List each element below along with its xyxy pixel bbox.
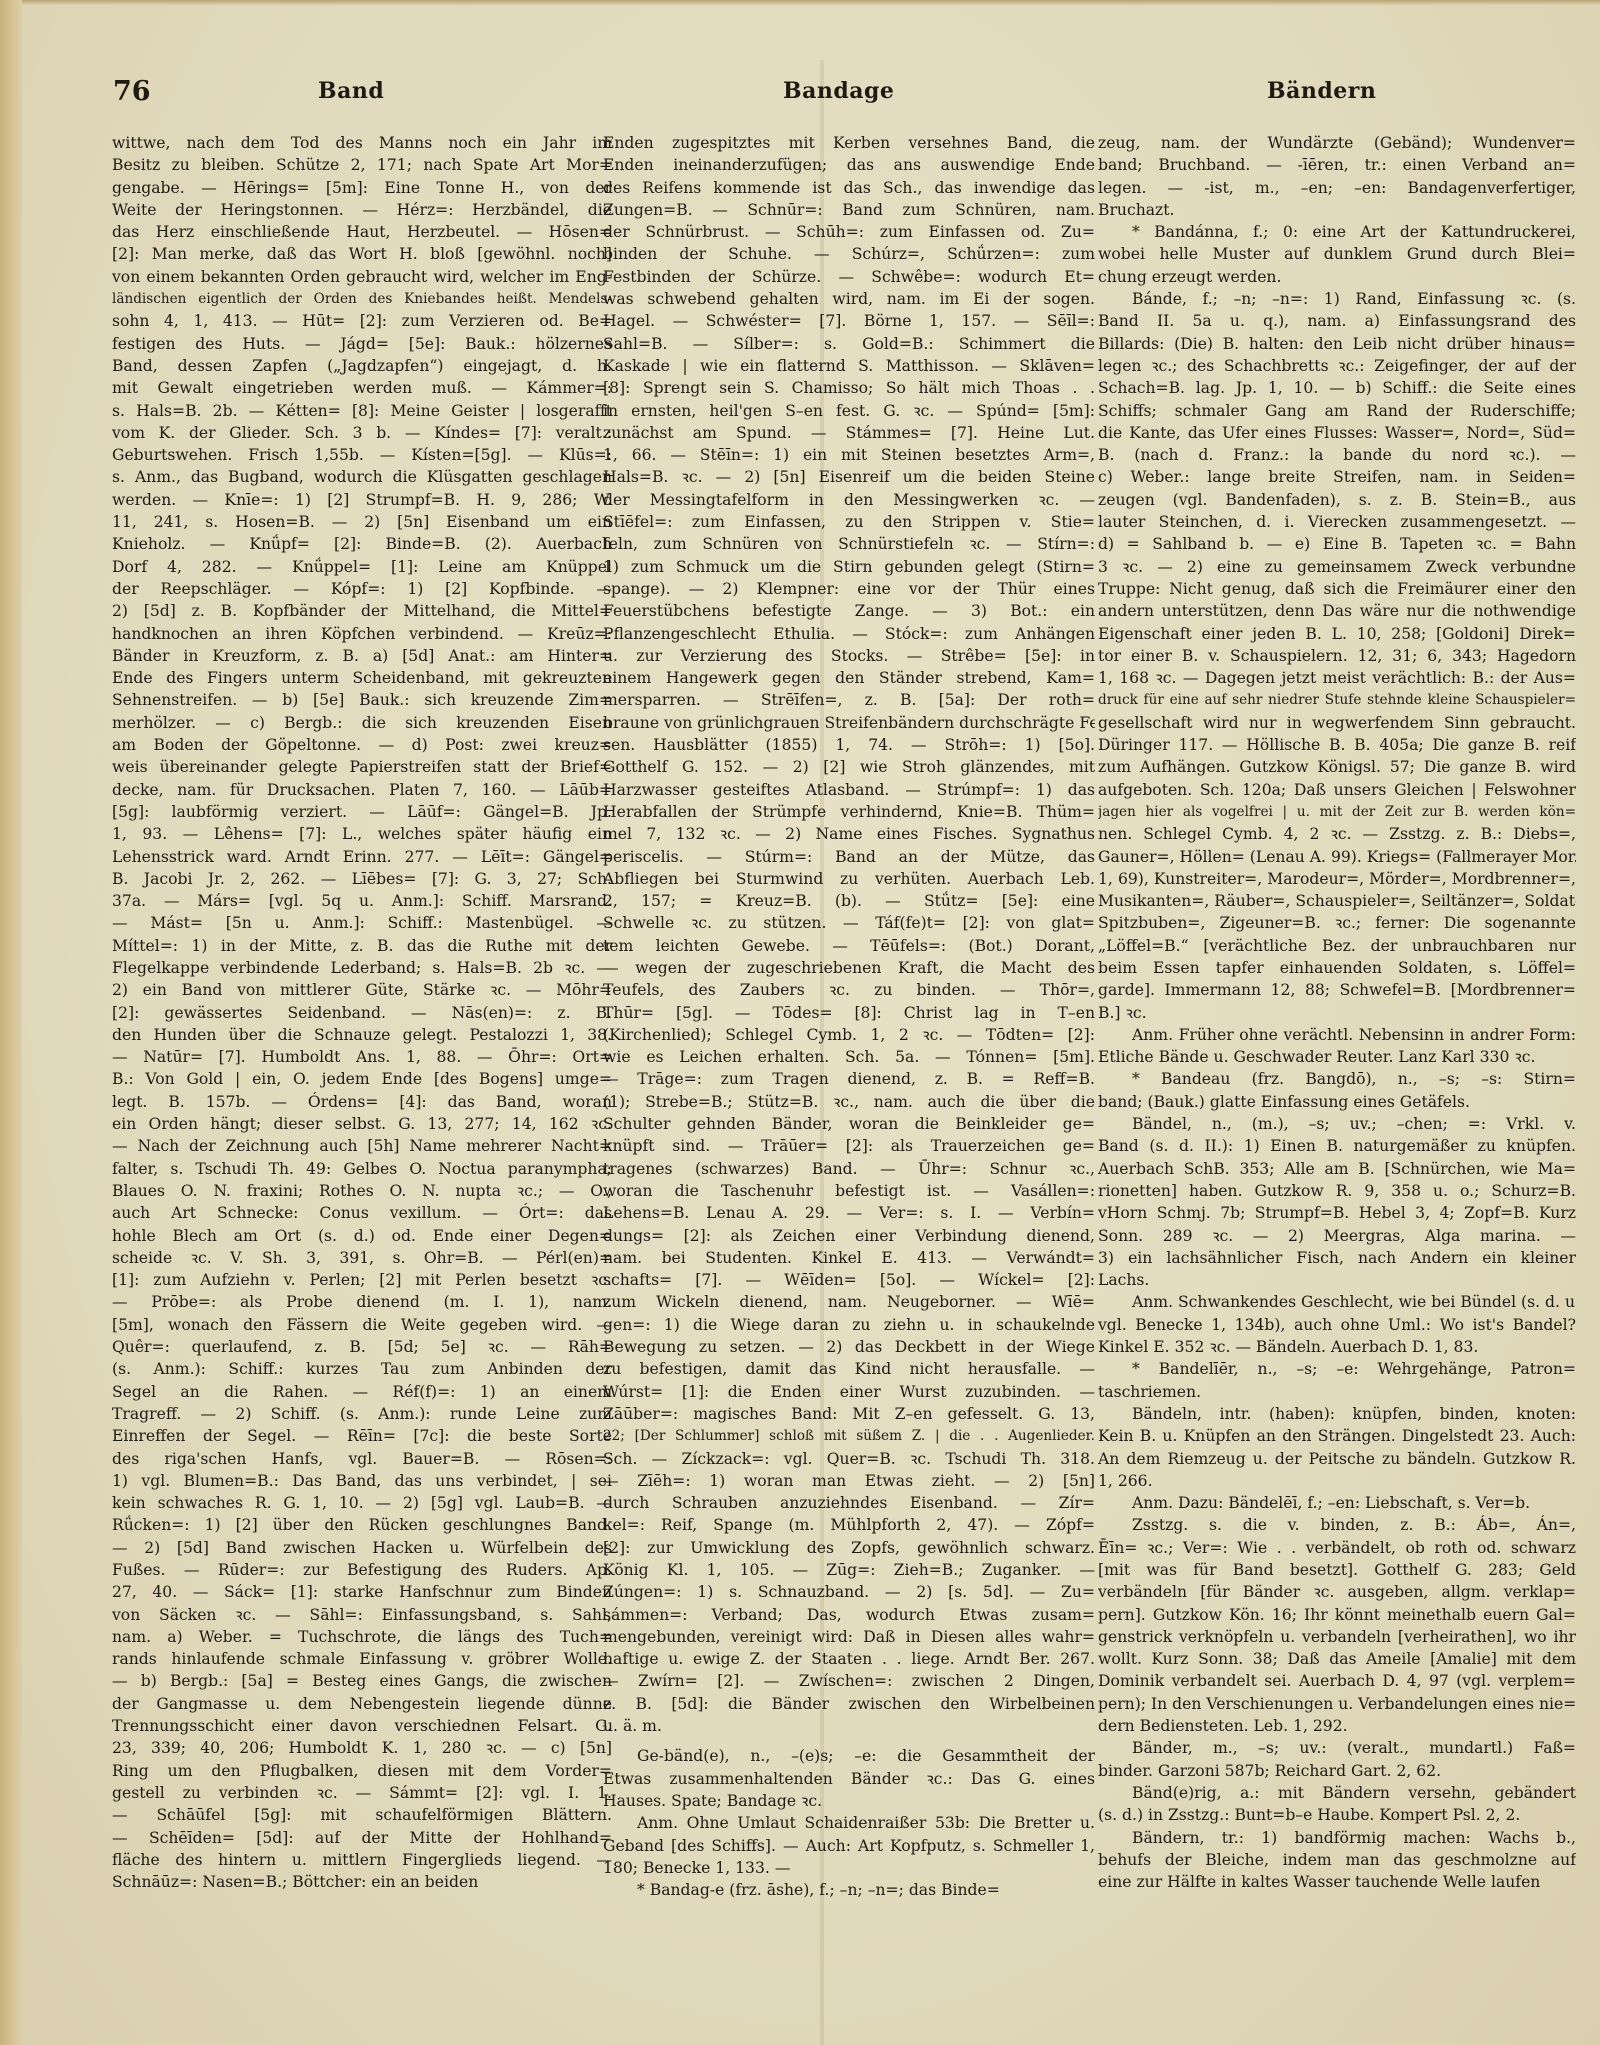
- text-line: gengabe. — Hērings= [5m]: Eine Tonne H.,…: [112, 177, 612, 199]
- text-line: ein Orden hängt; dieser selbst. G. 13, 2…: [112, 1113, 612, 1135]
- text-line: 1, 66. — Stēīn=: 1) ein mit Steinen bese…: [603, 444, 1095, 466]
- text-line: Hagel. — Schwéster= [7]. Börne 1, 157. —…: [603, 310, 1095, 332]
- text-line: Anm. Dazu: Bändelēī, f.; –en: Liebschaft…: [1098, 1492, 1576, 1514]
- text-line: pern]. Gutzkow Kön. 16; Ihr könnt meinet…: [1098, 1604, 1576, 1626]
- text-line: Quêr=: querlaufend, z. B. [5d; 5e] ꝛc. —…: [112, 1336, 612, 1358]
- text-line: den Hunden über die Schnauze gelegt. Pes…: [112, 1024, 612, 1046]
- text-line: Kaskade | wie ein flatternd S. Matthisso…: [603, 355, 1095, 377]
- text-line: sohn 4, 1, 413. — Hūt= [2]: zum Verziere…: [112, 310, 612, 332]
- text-line: Weite der Heringstonnen. — Hérz=: Herzbä…: [112, 199, 612, 221]
- text-line: Sonn. 289 ꝛc. — 2) Meergras, Alga marina…: [1098, 1225, 1576, 1247]
- text-line: weis übereinander gelegte Papierstreifen…: [112, 756, 612, 778]
- text-line: Schnāūz=: Nasen=B.; Böttcher: ein an bei…: [112, 1871, 612, 1893]
- text-line: Bänd(e)rig, a.: mit Bändern versehn, geb…: [1098, 1782, 1576, 1804]
- text-line: Blaues O. N. fraxini; Rothes O. N. nupta…: [112, 1180, 612, 1202]
- text-line: 1, 266.: [1098, 1470, 1576, 1492]
- text-line: Enden ineinanderzufügen; das ans auswend…: [603, 154, 1095, 176]
- text-line: König Kl. 1, 105. — Zūg=: Zieh=B.; Zugan…: [603, 1559, 1095, 1581]
- text-line: Kinkel E. 352 ꝛc. — Bändeln. Auerbach D.…: [1098, 1336, 1576, 1358]
- text-line: B.] ꝛc.: [1098, 1002, 1576, 1024]
- text-line: gestell zu verbinden ꝛc. — Sámmt= [2]: v…: [112, 1782, 612, 1804]
- text-line: falter, s. Tschudi Th. 49: Gelbes O. Noc…: [112, 1158, 612, 1180]
- text-line: einem Hangewerk gegen den Ständer strebe…: [603, 667, 1095, 689]
- text-line: Geband [des Schiffs]. — Auch: Art Kopfpu…: [603, 1835, 1095, 1857]
- text-line: dungs= [2]: als Zeichen einer Verbindung…: [603, 1225, 1095, 1247]
- text-line: „Löffel=B.“ [verächtliche Bez. der unbra…: [1098, 935, 1576, 957]
- text-line: — Nach der Zeichnung auch [5h] Name mehr…: [112, 1135, 612, 1157]
- running-head-left: Band: [318, 78, 384, 104]
- text-line: knüpft sind. — Trāūer= [2]: als Trauerze…: [603, 1135, 1095, 1157]
- text-line: sámmen=: Verband; Das, wodurch Etwas zus…: [603, 1604, 1095, 1626]
- text-line: [mit was für Band besetzt]. Gotthelf G. …: [1098, 1559, 1576, 1581]
- text-line: genstrick verknöpfeln u. verbandeln [ver…: [1098, 1626, 1576, 1648]
- text-line: Spitzbuben=, Zigeuner=B. ꝛc.; ferner: Di…: [1098, 912, 1576, 934]
- text-line: Dominik verbandelt sei. Auerbach D. 4, 9…: [1098, 1670, 1576, 1692]
- text-line: kel=: Reif, Spange (m. Mühlpforth 2, 47)…: [603, 1514, 1095, 1536]
- text-line: zeugen (vgl. Bandenfaden), s. z. B. Stei…: [1098, 489, 1576, 511]
- text-line: garde]. Immermann 12, 88; Schwefel=B. [M…: [1098, 979, 1576, 1001]
- text-line: Enden zugespitztes mit Kerben versehnes …: [603, 132, 1095, 154]
- text-line: Bänder in Kreuzform, z. B. a) [5d] Anat.…: [112, 645, 612, 667]
- text-line: Thūr= [5g]. — Tōdes= [8]: Christ lag in …: [603, 1002, 1095, 1024]
- text-line: 2, 157; = Kreuz=B. (b). — Stǘtz= [5e]: e…: [603, 890, 1095, 912]
- text-line: * Bandag-e (frz. āshe), f.; –n; –n=; das…: [603, 1879, 1095, 1901]
- text-line: hohle Blech am Ort (s. d.) od. Ende eine…: [112, 1225, 612, 1247]
- text-line: u. zur Verzierung des Stocks. — Strêbe= …: [603, 645, 1095, 667]
- text-line: — Zīēh=: 1) woran man Etwas zieht. — 2) …: [603, 1470, 1095, 1492]
- text-line: — Mást= [5n u. Anm.]: Schiff.: Mastenbüg…: [112, 912, 612, 934]
- text-line: handknochen an ihren Köpfchen verbindend…: [112, 623, 612, 645]
- text-line: der Reepschläger. — Kópf=: 1) [2] Kopfbi…: [112, 578, 612, 600]
- text-line: — b) Bergb.: [5a] = Besteg eines Gangs, …: [112, 1670, 612, 1692]
- text-column-3: zeug, nam. der Wundärzte (Gebänd); Wunde…: [1098, 132, 1576, 1893]
- text-line: Ende des Fingers unterm Scheidenband, mi…: [112, 667, 612, 689]
- text-line: [1]: zum Aufziehn v. Perlen; [2] mit Per…: [112, 1269, 612, 1291]
- text-line: Sehnenstreifen. — b) [5e] Bauk.: sich kr…: [112, 689, 612, 711]
- text-line: Herabfallen der Strümpfe verhindernd, Kn…: [603, 801, 1095, 823]
- text-line: Band II. 5a u. q.), nam. a) Einfassungsr…: [1098, 310, 1576, 332]
- text-line: 1) zum Schmuck um die Stirn gebunden gel…: [603, 556, 1095, 578]
- text-line: — Trāge=: zum Tragen dienend, z. B. = Re…: [603, 1068, 1095, 1090]
- text-line: wittwe, nach dem Tod des Manns noch ein …: [112, 132, 612, 154]
- text-line: Tragreff. — 2) Schiff. (s. Anm.): runde …: [112, 1403, 612, 1425]
- text-line: Lehens=B. Lenau A. 29. — Ver=: s. I. — V…: [603, 1202, 1095, 1224]
- text-line: tragenes (schwarzes) Band. — Ūhr=: Schnu…: [603, 1158, 1095, 1180]
- text-line: Bewegung zu setzen. — 2) das Deckbett in…: [603, 1336, 1095, 1358]
- running-head-center: Bandage: [783, 78, 894, 104]
- text-line: Ring um den Pflugbalken, diesen mit dem …: [112, 1760, 612, 1782]
- text-line: dern Bediensteten. Leb. 1, 292.: [1098, 1715, 1576, 1737]
- text-line: vom K. der Glieder. Sch. 3 b. — Kíndes= …: [112, 422, 612, 444]
- text-line: Bruchazt.: [1098, 199, 1576, 221]
- text-line: ländischen eigentlich der Orden des Knie…: [112, 288, 612, 310]
- text-line: mengebunden, vereinigt wird: Daß in Dies…: [603, 1626, 1095, 1648]
- text-line: [5m], wonach den Fässern die Weite gegeb…: [112, 1314, 612, 1336]
- text-line: wobei helle Muster auf dunklem Grund dur…: [1098, 243, 1576, 265]
- text-line: Anm. Ohne Umlaut Schaidenraißer 53b: Die…: [603, 1812, 1095, 1834]
- text-line: zeug, nam. der Wundärzte (Gebänd); Wunde…: [1098, 132, 1576, 154]
- text-line: braune von grünlichgrauen Streifenbänder…: [603, 712, 1095, 734]
- text-line: s. Anm., das Bugband, wodurch die Klüsga…: [112, 466, 612, 488]
- text-line: Rǘcken=: 1) [2] über den Rücken geschlun…: [112, 1514, 612, 1536]
- text-line: vHorn Schmj. 7b; Strumpf=B. Hebel 3, 4; …: [1098, 1202, 1576, 1224]
- text-line: mersparren. — Strēīfen=, z. B. [5a]: Der…: [603, 689, 1095, 711]
- text-line: Düringer 117. — Höllische B. B. 405a; Di…: [1098, 734, 1576, 756]
- text-line: Bändel, n., (m.), –s; uv.; –chen; =: Vrk…: [1098, 1113, 1576, 1135]
- text-line: — Schēīden= [5d]: auf der Mitte der Hohl…: [112, 1827, 612, 1849]
- text-line: band; (Bauk.) glatte Einfassung eines Ge…: [1098, 1091, 1576, 1113]
- text-line: u. ä. m.: [603, 1715, 1095, 1737]
- text-line: Segel an die Rahen. — Réf(f)=: 1) an ein…: [112, 1381, 612, 1403]
- text-line: was schwebend gehalten wird, nam. im Ei …: [603, 288, 1095, 310]
- text-line: d) = Sahlband b. — e) Eine B. Tapeten ꝛc…: [1098, 533, 1576, 555]
- text-line: druck für eine auf sehr niedrer Stufe st…: [1098, 689, 1576, 711]
- text-line: — Prōbe=: als Probe dienend (m. I. 1), n…: [112, 1291, 612, 1313]
- text-line: Zungen=B. — Schnūr=: Band zum Schnüren, …: [603, 199, 1095, 221]
- text-line: legen ꝛc.; des Schachbretts ꝛc.: Zeigefi…: [1098, 355, 1576, 377]
- text-line: B.: Von Gold | ein, O. jedem Ende [des B…: [112, 1068, 612, 1090]
- text-line: chung erzeugt werden.: [1098, 266, 1576, 288]
- text-line: 1, 69), Kunstreiter=, Marodeur=, Mörder=…: [1098, 868, 1576, 890]
- text-line: zu befestigen, damit das Kind nicht hera…: [603, 1358, 1095, 1380]
- text-line: 27, 40. — Sáck= [1]: starke Hanfschnur z…: [112, 1581, 612, 1603]
- text-line: Fußes. — Rūder=: zur Befestigung des Rud…: [112, 1559, 612, 1581]
- text-line: — Zwírn= [2]. — Zwíschen=: zwischen 2 Di…: [603, 1670, 1095, 1692]
- page-header: 76 Band Bandage Bändern: [0, 76, 1600, 116]
- text-line: Ge-bänd(e), n., –(e)s; –e: die Gesammthe…: [603, 1745, 1095, 1767]
- text-line: merhölzer. — c) Bergb.: die sich kreuzen…: [112, 712, 612, 734]
- text-line: Zsstzg. s. die v. binden, z. B.: Áb=, Án…: [1098, 1514, 1576, 1536]
- text-line: des Reifens kommende ist das Sch., das i…: [603, 177, 1095, 199]
- text-line: Musikanten=, Räuber=, Schauspieler=, Sei…: [1098, 890, 1576, 912]
- text-line: lauter Steinchen, d. i. Vierecken zusamm…: [1098, 511, 1576, 533]
- text-line: z. B. [5d]: die Bänder zwischen den Wirb…: [603, 1693, 1095, 1715]
- text-line: — 2) [5d] Band zwischen Hacken u. Würfel…: [112, 1537, 612, 1559]
- text-line: am Boden der Göpeltonne. — d) Post: zwei…: [112, 734, 612, 756]
- text-line: jagen hier als vogelfrei | u. mit der Ze…: [1098, 801, 1576, 823]
- text-line: [2]: gewässertes Seidenband. — Nās(en)=:…: [112, 1002, 612, 1024]
- text-line: der Schnürbrust. — Schūh=: zum Einfassen…: [603, 221, 1095, 243]
- text-line: taschriemen.: [1098, 1381, 1576, 1403]
- text-line: spange). — 2) Klempner: eine vor der Thü…: [603, 578, 1095, 600]
- text-line: in ernsten, heil'gen S–en fest. G. ꝛc. —…: [603, 400, 1095, 422]
- text-line: Schwelle ꝛc. zu stützen. — Táf(fe)t= [2]…: [603, 912, 1095, 934]
- text-line: 3) ein lachsähnlicher Fisch, nach Andern…: [1098, 1247, 1576, 1269]
- text-line: nen. Schlegel Cymb. 4, 2 ꝛc. — Zsstzg. z…: [1098, 823, 1576, 845]
- text-line: Bänder, m., –s; uv.: (veralt., mundartl.…: [1098, 1737, 1576, 1759]
- text-line: Teufels, des Zaubers ꝛc. zu binden. — Th…: [603, 979, 1095, 1001]
- text-line: werden. — Knīe=: 1) [2] Strumpf=B. H. 9,…: [112, 489, 612, 511]
- text-line: — Schāūfel [5g]: mit schaufelförmigen Bl…: [112, 1804, 612, 1826]
- text-line: 180; Benecke 1, 133. —: [603, 1857, 1095, 1879]
- text-line: Hals=B. ꝛc. — 2) [5n] Eisenreif um die b…: [603, 466, 1095, 488]
- text-line: [2]: Man merke, daß das Wort H. bloß [ge…: [112, 243, 612, 265]
- text-line: [2]: zur Umwicklung des Zopfs, gewöhnlic…: [603, 1537, 1095, 1559]
- text-line: Trennungsschicht einer davon verschiedne…: [112, 1715, 612, 1737]
- text-line: schafts= [7]. — Wēīden= [5o]. — Wíckel= …: [603, 1269, 1095, 1291]
- text-line: Dorf 4, 282. — Knǘppel= [1]: Leine am Kn…: [112, 556, 612, 578]
- text-line: feln, zum Schnüren von Schnürstiefeln ꝛc…: [603, 533, 1095, 555]
- text-line: Flegelkappe verbindende Lederband; s. Ha…: [112, 957, 612, 979]
- text-line: zum Aufhängen. Gutzkow Königsl. 57; Die …: [1098, 756, 1576, 778]
- text-line: band; Bruchband. — -īēren, tr.: einen Ve…: [1098, 154, 1576, 176]
- text-line: Festbinden der Schürze. — Schwêbe=: wodu…: [603, 266, 1095, 288]
- page-number: 76: [113, 76, 151, 107]
- text-line: [5g]: laubförmig verziert. — Lāūf=: Gäng…: [112, 801, 612, 823]
- text-line: [8]: Sprengt sein S. Chamisso; So hält m…: [603, 377, 1095, 399]
- text-line: Anm. Schwankendes Geschlecht, wie bei Bü…: [1098, 1291, 1576, 1313]
- text-column-1: wittwe, nach dem Tod des Manns noch ein …: [112, 132, 612, 1893]
- text-line: 22; [Der Schlummer] schloß mit süßem Z. …: [603, 1425, 1095, 1447]
- text-line: 1, 93. — Lêhens= [7]: L., welches später…: [112, 823, 612, 845]
- text-line: beim Essen tapfer einhauenden Soldaten, …: [1098, 957, 1576, 979]
- text-line: aufgeboten. Sch. 120a; Daß unsers Gleich…: [1098, 779, 1576, 801]
- text-line: B. Jacobi Jr. 2, 262. — Līēbes= [7]: G. …: [112, 868, 612, 890]
- text-line: * Bandeau (frz. Bangdō), n., –s; –s: Sti…: [1098, 1068, 1576, 1090]
- text-line: binder. Garzoni 587b; Reichard Gart. 2, …: [1098, 1760, 1576, 1782]
- text-line: Abfliegen bei Sturmwind zu verhüten. Aue…: [603, 868, 1095, 890]
- text-line: — Natūr= [7]. Humboldt Ans. 1, 88. — Ōhr…: [112, 1046, 612, 1068]
- text-line: gesellschaft wird nur in wegwerfendem Si…: [1098, 712, 1576, 734]
- text-line: verbändeln [für Bänder ꝛc. ausgeben, all…: [1098, 1581, 1576, 1603]
- text-line: eine zur Hälfte in kaltes Wasser tauchen…: [1098, 1871, 1576, 1893]
- text-line: Auerbach SchB. 353; Alle am B. [Schnürch…: [1098, 1158, 1576, 1180]
- text-line: von Säcken ꝛc. — Sāhl=: Einfassungsband,…: [112, 1604, 612, 1626]
- text-line: Anm. Früher ohne verächtl. Nebensinn in …: [1098, 1024, 1576, 1046]
- text-line: gen=: 1) die Wiege daran zu ziehn u. in …: [603, 1314, 1095, 1336]
- text-line: der Gangmasse u. dem Nebengestein liegen…: [112, 1693, 612, 1715]
- text-line: binden der Schuhe. — Schúrz=, Schǘrzen=:…: [603, 243, 1095, 265]
- text-line: Lehensstrick ward. Arndt Erinn. 277. — L…: [112, 846, 612, 868]
- dictionary-page: 76 Band Bandage Bändern wittwe, nach dem…: [0, 0, 1600, 2045]
- text-line: des riga'schen Hanfs, vgl. Bauer=B. — Rō…: [112, 1448, 612, 1470]
- text-line: Gauner=, Höllen= (Lenau A. 99). Kriegs= …: [1098, 846, 1576, 868]
- text-line: kein schwaches R. G. 1, 10. — 2) [5g] vg…: [112, 1492, 612, 1514]
- text-line: pern); In den Verschienungen u. Verbande…: [1098, 1693, 1576, 1715]
- text-line: zunächst am Spund. — Stámmes= [7]. Heine…: [603, 422, 1095, 444]
- text-line: Lachs.: [1098, 1269, 1576, 1291]
- text-line: nam. bei Studenten. Kinkel E. 413. — Ver…: [603, 1247, 1095, 1269]
- text-line: wollt. Kurz Sonn. 38; Daß das Ameile [Am…: [1098, 1648, 1576, 1670]
- text-line: Truppe: Nicht genug, daß sich die Freimä…: [1098, 578, 1576, 600]
- page-left-edge: [0, 0, 22, 2045]
- text-line: festigen des Huts. — Jágd= [5e]: Bauk.: …: [112, 333, 612, 355]
- text-line: Sahl=B. — Sílber=: s. Gold=B.: Schimmert…: [603, 333, 1095, 355]
- text-line: wie es Leichen erhalten. Sch. 5a. — Tónn…: [603, 1046, 1095, 1068]
- text-line: Einreffen der Segel. — Rēīn= [7c]: die b…: [112, 1425, 612, 1447]
- text-line: von einem bekannten Orden gebraucht wird…: [112, 266, 612, 288]
- text-line: die Kante, das Ufer eines Flusses: Wasse…: [1098, 422, 1576, 444]
- text-line: Billards: (Die) B. halten: den Leib nich…: [1098, 333, 1576, 355]
- text-line: * Bandánna, f.; 0: eine Art der Kattundr…: [1098, 221, 1576, 243]
- paragraph-gap: [603, 1737, 1095, 1745]
- text-line: Etliche Bände u. Geschwader Reuter. Lanz…: [1098, 1046, 1576, 1068]
- text-line: Etwas zusammenhaltenden Bänder ꝛc.: Das …: [603, 1768, 1095, 1790]
- text-line: (Kirchenlied); Schlegel Cymb. 1, 2 ꝛc. —…: [603, 1024, 1095, 1046]
- text-line: B. (nach d. Franz.: la bande du nord ꝛc.…: [1098, 444, 1576, 466]
- text-line: (1); Strebe=B.; Stütz=B. ꝛc., nam. auch …: [603, 1091, 1095, 1113]
- text-line: rionetten] haben. Gutzkow R. 9, 358 u. o…: [1098, 1180, 1576, 1202]
- text-line: scheide ꝛc. V. Sh. 3, 391, s. Ohr=B. — P…: [112, 1247, 612, 1269]
- text-line: Schach=B. lag. Jp. 1, 10. — b) Schiff.: …: [1098, 377, 1576, 399]
- text-line: s. Hals=B. 2b. — Kétten= [8]: Meine Geis…: [112, 400, 612, 422]
- text-line: Harzwasser gesteiftes Atlasband. — Strúm…: [603, 779, 1095, 801]
- text-line: 1, 168 ꝛc. — Dagegen jetzt meist verächt…: [1098, 667, 1576, 689]
- text-line: mel 7, 132 ꝛc. — 2) Name eines Fisches. …: [603, 823, 1095, 845]
- text-line: haftige u. ewige Z. der Staaten . . lieg…: [603, 1648, 1095, 1670]
- text-line: (s. d.) in Zsstzg.: Bunt=b–e Haube. Komp…: [1098, 1804, 1576, 1826]
- text-line: 11, 241, s. Hosen=B. — 2) [5n] Eisenband…: [112, 511, 612, 533]
- text-line: nam. a) Weber. = Tuchschrote, die längs …: [112, 1626, 612, 1648]
- text-line: durch Schrauben anzuziehndes Eisenband. …: [603, 1492, 1095, 1514]
- text-line: Zāūber=: magisches Band: Mit Z–en gefess…: [603, 1403, 1095, 1425]
- text-line: Eigenschaft einer jeden B. L. 10, 258; […: [1098, 623, 1576, 645]
- text-line: vgl. Benecke 1, 134b), auch ohne Uml.: W…: [1098, 1314, 1576, 1336]
- page-top-edge: [0, 0, 1600, 6]
- text-line: rands hinlaufende schmale Einfassung v. …: [112, 1648, 612, 1670]
- text-line: Wúrst= [1]: die Enden einer Wurst zuzubi…: [603, 1381, 1095, 1403]
- text-line: Geburtswehen. Frisch 1,55b. — Kísten=[5g…: [112, 444, 612, 466]
- text-line: 23, 339; 40, 206; Humboldt K. 1, 280 ꝛc.…: [112, 1737, 612, 1759]
- text-line: Band (s. d. II.): 1) Einen B. naturgemäß…: [1098, 1135, 1576, 1157]
- text-line: 1) vgl. Blumen=B.: Das Band, das uns ver…: [112, 1470, 612, 1492]
- text-line: zum Wickeln dienend, nam. Neugeborner. —…: [603, 1291, 1095, 1313]
- text-line: Stīēfel=: zum Einfassen, zu den Strippen…: [603, 511, 1095, 533]
- text-line: legt. B. 157b. — Órdens= [4]: das Band, …: [112, 1091, 612, 1113]
- text-line: sen. Hausblätter (1855) 1, 74. — Strōh=:…: [603, 734, 1095, 756]
- text-line: Míttel=: 1) in der Mitte, z. B. das die …: [112, 935, 612, 957]
- text-line: Ēīn= ꝛc.; Ver=: Wie . . verbändelt, ob r…: [1098, 1537, 1576, 1559]
- text-line: Bändeln, intr. (haben): knüpfen, binden,…: [1098, 1403, 1576, 1425]
- text-line: der Messingtafelform in den Messingwerke…: [603, 489, 1095, 511]
- text-line: woran die Taschenuhr befestigt ist. — Va…: [603, 1180, 1095, 1202]
- text-line: Zúngen=: 1) s. Schnauzband. — 2) [s. 5d]…: [603, 1581, 1095, 1603]
- text-line: Bändern, tr.: 1) bandförmig machen: Wach…: [1098, 1827, 1576, 1849]
- text-line: * Bandelīēr, n., –s; –e: Wehrgehänge, Pa…: [1098, 1358, 1576, 1380]
- text-line: Schulter gehnden Bänder, woran die Beink…: [603, 1113, 1095, 1135]
- text-line: (s. Anm.): Schiff.: kurzes Tau zum Anbin…: [112, 1358, 612, 1380]
- text-line: Sch. — Zíckzack=: vgl. Quer=B. ꝛc. Tschu…: [603, 1448, 1095, 1470]
- text-line: decke, nam. für Drucksachen. Platen 7, 1…: [112, 779, 612, 801]
- text-line: Besitz zu bleiben. Schütze 2, 171; nach …: [112, 154, 612, 176]
- text-line: behufs der Bleiche, indem man das geschm…: [1098, 1849, 1576, 1871]
- text-line: Hauses. Spate; Bandage ꝛc.: [603, 1790, 1095, 1812]
- text-line: periscelis. — Stúrm=: Band an der Mütze,…: [603, 846, 1095, 868]
- text-line: mit Gewalt eingetrieben werden muß. — Ká…: [112, 377, 612, 399]
- text-line: Knieholz. — Knǘpf= [2]: Binde=B. (2). Au…: [112, 533, 612, 555]
- text-line: Feuerstübchens befestigte Zange. — 3) Bo…: [603, 600, 1095, 622]
- text-line: tem leichten Gewebe. — Tēūfels=: (Bot.) …: [603, 935, 1095, 957]
- text-line: legen. — -ist, m., –en; –en: Bandagenver…: [1098, 177, 1576, 199]
- text-line: Schiffs; schmaler Gang am Rand der Ruder…: [1098, 400, 1576, 422]
- text-column-2: Enden zugespitztes mit Kerben versehnes …: [603, 132, 1095, 1901]
- text-line: 3 ꝛc. — 2) eine zu gemeinsamem Zweck ver…: [1098, 556, 1576, 578]
- text-line: Pflanzengeschlecht Ethulia. — Stóck=: zu…: [603, 623, 1095, 645]
- text-line: 2) [5d] z. B. Kopfbänder der Mittelhand,…: [112, 600, 612, 622]
- text-line: Gotthelf G. 152. — 2) [2] wie Stroh glän…: [603, 756, 1095, 778]
- text-line: das Herz einschließende Haut, Herzbeutel…: [112, 221, 612, 243]
- text-line: tor einer B. v. Schauspielern. 12, 31; 6…: [1098, 645, 1576, 667]
- text-line: Bánde, f.; –n; –n=: 1) Rand, Einfassung …: [1098, 288, 1576, 310]
- text-line: c) Weber.: lange breite Streifen, nam. i…: [1098, 466, 1576, 488]
- text-line: 2) ein Band von mittlerer Güte, Stärke ꝛ…: [112, 979, 612, 1001]
- text-line: Kein B. u. Knüpfen an den Strängen. Ding…: [1098, 1425, 1576, 1447]
- text-line: andern unterstützen, denn Das wäre nur d…: [1098, 600, 1576, 622]
- text-line: 37a. — Márs= [vgl. 5q u. Anm.]: Schiff. …: [112, 890, 612, 912]
- text-line: — wegen der zugeschriebenen Kraft, die M…: [603, 957, 1095, 979]
- text-line: An dem Riemzeug u. der Peitsche zu bände…: [1098, 1448, 1576, 1470]
- text-line: Band, dessen Zapfen („Jagdzapfen“) einge…: [112, 355, 612, 377]
- text-line: auch Art Schnecke: Conus vexillum. — Órt…: [112, 1202, 612, 1224]
- text-line: fläche des hintern u. mittlern Fingergli…: [112, 1849, 612, 1871]
- running-head-right: Bändern: [1267, 78, 1376, 104]
